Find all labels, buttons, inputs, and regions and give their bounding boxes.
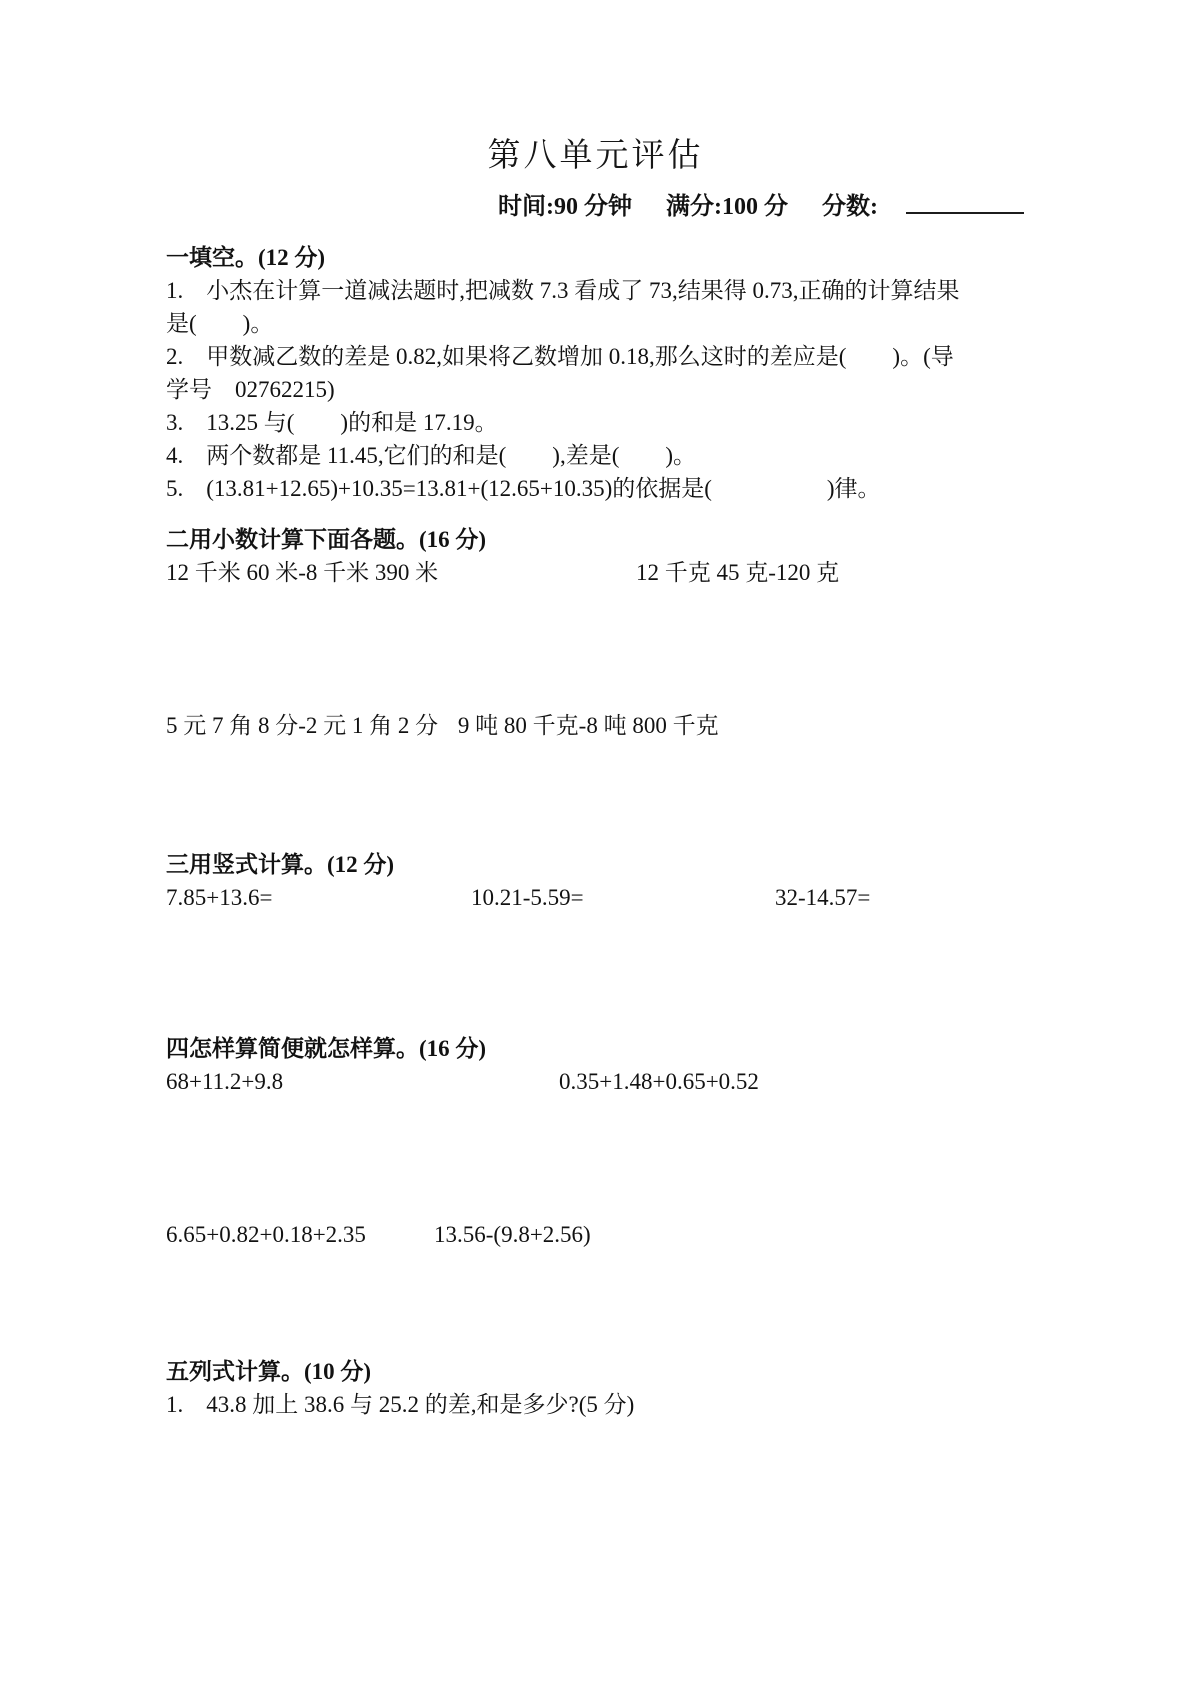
work-space	[166, 1251, 1131, 1355]
simplify-problem-4: 13.56-(9.8+2.56)	[434, 1218, 591, 1251]
problem-km: 12 千米 60 米-8 千米 390 米	[166, 556, 438, 589]
section-2-heading: 二用小数计算下面各题。(16 分)	[166, 523, 1131, 556]
work-space	[166, 1098, 1131, 1218]
vertical-problem-3: 32-14.57=	[775, 881, 870, 914]
worksheet-page: 第八单元评估 时间:90 分钟 满分:100 分 分数: 一填空。(12 分) …	[0, 0, 1191, 1684]
score-blank-line	[906, 190, 1024, 214]
work-space	[166, 742, 1131, 848]
q1-line-1: 1. 小杰在计算一道减法题时,把减数 7.3 看成了 73,结果得 0.73,正…	[166, 274, 1131, 307]
section-4-heading: 四怎样算简便就怎样算。(16 分)	[166, 1032, 1131, 1065]
q3-line: 3. 13.25 与( )的和是 17.19。	[166, 406, 1131, 439]
word-problem-1: 1. 43.8 加上 38.6 与 25.2 的差,和是多少?(5 分)	[166, 1388, 1131, 1421]
worksheet-body: 一填空。(12 分) 1. 小杰在计算一道减法题时,把减数 7.3 看成了 73…	[0, 241, 1191, 1421]
time-label: 时间:90 分钟	[498, 194, 632, 220]
section-4-row-2: 6.65+0.82+0.18+2.35 13.56-(9.8+2.56)	[166, 1218, 1131, 1251]
work-space	[166, 914, 1131, 1032]
worksheet-header: 第八单元评估 时间:90 分钟 满分:100 分 分数:	[0, 136, 1191, 224]
section-5-heading: 五列式计算。(10 分)	[166, 1355, 1131, 1388]
q2-line-1: 2. 甲数减乙数的差是 0.82,如果将乙数增加 0.18,那么这时的差应是( …	[166, 340, 1131, 373]
full-score-label: 满分:100 分	[666, 194, 788, 220]
section-3-row: 7.85+13.6= 10.21-5.59= 32-14.57=	[166, 881, 1131, 914]
problem-kg: 12 千克 45 克-120 克	[636, 556, 839, 589]
q1-line-2: 是( )。	[166, 307, 1131, 340]
simplify-problem-1: 68+11.2+9.8	[166, 1065, 283, 1098]
exam-meta-line: 时间:90 分钟 满分:100 分 分数:	[498, 190, 1024, 224]
section-1-heading: 一填空。(12 分)	[166, 241, 1131, 274]
q2-line-2: 学号 02762215)	[166, 373, 1131, 406]
section-4-row-1: 68+11.2+9.8 0.35+1.48+0.65+0.52	[166, 1065, 1131, 1098]
section-2-row-1: 12 千米 60 米-8 千米 390 米 12 千克 45 克-120 克	[166, 556, 1131, 589]
vertical-problem-1: 7.85+13.6=	[166, 881, 272, 914]
section-2-row-2: 5 元 7 角 8 分-2 元 1 角 2 分 9 吨 80 千克-8 吨 80…	[166, 709, 1131, 742]
score-label: 分数:	[822, 194, 878, 220]
work-space	[166, 589, 1131, 709]
section-3-heading: 三用竖式计算。(12 分)	[166, 848, 1131, 881]
simplify-problem-2: 0.35+1.48+0.65+0.52	[559, 1065, 759, 1098]
problem-yuan: 5 元 7 角 8 分-2 元 1 角 2 分	[166, 709, 438, 742]
problem-ton: 9 吨 80 千克-8 吨 800 千克	[458, 709, 719, 742]
simplify-problem-3: 6.65+0.82+0.18+2.35	[166, 1218, 366, 1251]
q4-line: 4. 两个数都是 11.45,它们的和是( ),差是( )。	[166, 439, 1131, 472]
vertical-problem-2: 10.21-5.59=	[471, 881, 584, 914]
q5-line: 5. (13.81+12.65)+10.35=13.81+(12.65+10.3…	[166, 472, 1131, 505]
page-title: 第八单元评估	[0, 136, 1191, 176]
